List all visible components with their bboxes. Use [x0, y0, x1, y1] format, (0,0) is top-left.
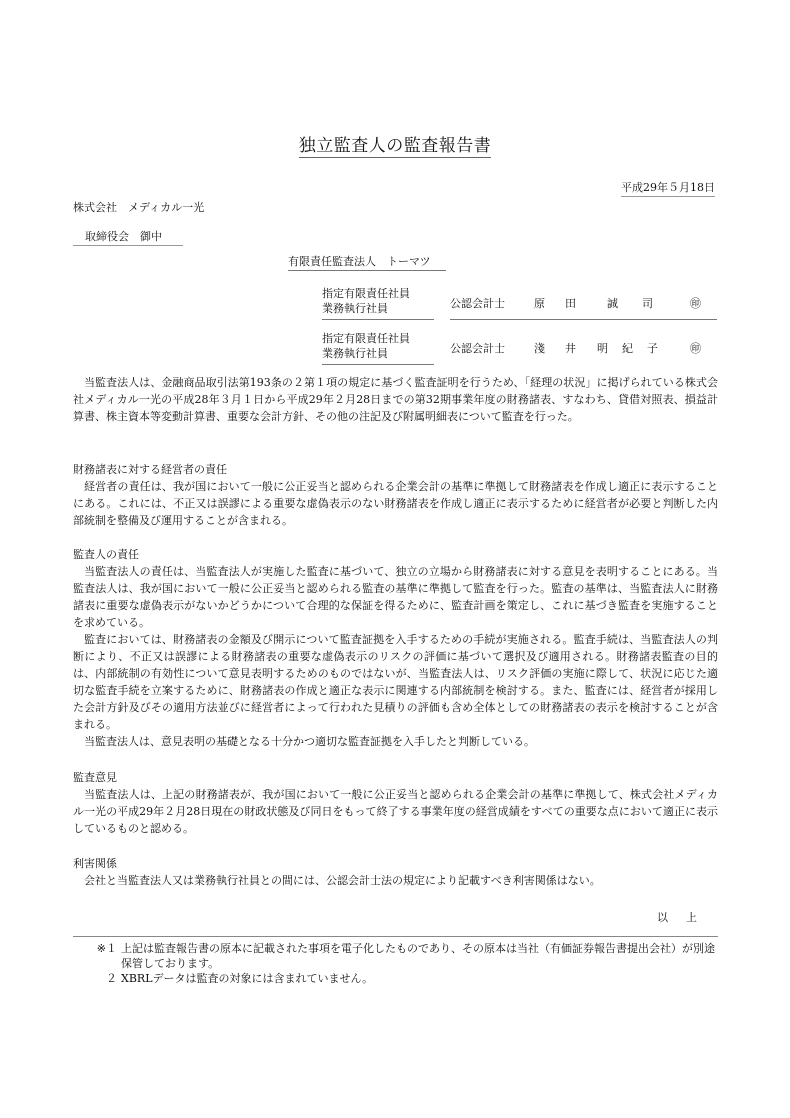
role-line-1: 指定有限責任社員	[322, 331, 434, 346]
role-line-2: 業務執行社員	[322, 346, 434, 361]
qualification: 公認会計士	[450, 295, 505, 311]
addressee-board: 取締役会 御中	[73, 228, 183, 246]
section-heading-management-responsibility: 財務諸表に対する経営者の責任	[73, 461, 227, 477]
paragraph: 経営者の責任は、我が国において一般に公正妥当と認められる企業会計の基準に準拠して…	[73, 478, 718, 529]
footnote-mark: ※１	[83, 941, 117, 956]
name-char: 原	[534, 295, 545, 311]
intro-section: 当監査法人は、金融商品取引法第193条の２第１項の規定に基づく監査証明を行うため…	[73, 374, 718, 425]
intro-paragraph: 当監査法人は、金融商品取引法第193条の２第１項の規定に基づく監査証明を行うため…	[73, 374, 718, 425]
name-char: 司	[642, 295, 653, 311]
name-char: 子	[647, 340, 658, 356]
paragraph: 当監査法人の責任は、当監査法人が実施した監査に基づいて、独立の立場から財務諸表に…	[73, 563, 718, 631]
role-line-1: 指定有限責任社員	[322, 286, 434, 301]
report-date: 平成29年５月18日	[621, 179, 715, 197]
name-char: 淺	[534, 340, 545, 356]
section-conflict-of-interest: 会社と当監査法人又は業務執行社員との間には、公認会計士法の規定により記載すべき利…	[73, 872, 718, 889]
name-char: 田	[565, 295, 576, 311]
name-char: 紀	[622, 340, 633, 356]
footnote-mark: ２	[83, 971, 117, 986]
seal-icon: ㊞	[690, 295, 701, 311]
section-heading-conflict-of-interest: 利害関係	[73, 855, 117, 871]
footnote-text: XBRLデータは監査の対象には含まれていません。	[121, 972, 373, 985]
report-title-text: 独立監査人の監査報告書	[299, 136, 492, 158]
footnotes: ※１ 上記は監査報告書の原本に記載された事項を電子化したものであり、その原本は当…	[83, 941, 723, 986]
paragraph: 監査においては、財務諸表の金額及び開示について監査証拠を入手するための手続が実施…	[73, 631, 718, 733]
paragraph: 会社と当監査法人又は業務執行社員との間には、公認会計士法の規定により記載すべき利…	[73, 872, 718, 889]
addressee-company: 株式会社 メディカル一光	[73, 199, 204, 215]
signatory-block: 指定有限責任社員 業務執行社員 公認会計士 淺 井 明 紀 子 ㊞	[322, 331, 717, 371]
footer-divider	[73, 936, 718, 937]
audit-firm-name: 有限責任監査法人 トーマツ	[288, 253, 446, 271]
name-char: 明	[597, 340, 608, 356]
footnote: ※１ 上記は監査報告書の原本に記載された事項を電子化したものであり、その原本は当…	[83, 941, 723, 971]
section-management-responsibility: 経営者の責任は、我が国において一般に公正妥当と認められる企業会計の基準に準拠して…	[73, 478, 718, 529]
paragraph: 当監査法人は、上記の財務諸表が、我が国において一般に公正妥当と認められる企業会計…	[73, 786, 718, 837]
qualification: 公認会計士	[450, 340, 505, 356]
footnote: ２ XBRLデータは監査の対象には含まれていません。	[83, 971, 723, 986]
section-audit-opinion: 当監査法人は、上記の財務諸表が、我が国において一般に公正妥当と認められる企業会計…	[73, 786, 718, 837]
signatory-block: 指定有限責任社員 業務執行社員 公認会計士 原 田 誠 司 ㊞	[322, 286, 717, 326]
section-heading-audit-opinion: 監査意見	[73, 769, 117, 785]
footnote-text: 上記は監査報告書の原本に記載された事項を電子化したものであり、その原本は当社（有…	[121, 942, 715, 970]
closing-mark: 以上	[657, 909, 715, 925]
signatory-role: 指定有限責任社員 業務執行社員	[322, 286, 434, 320]
role-line-2: 業務執行社員	[322, 301, 434, 316]
section-auditor-responsibility: 当監査法人の責任は、当監査法人が実施した監査に基づいて、独立の立場から財務諸表に…	[73, 563, 718, 750]
report-title: 独立監査人の監査報告書	[0, 131, 790, 156]
section-heading-auditor-responsibility: 監査人の責任	[73, 546, 139, 562]
signatory-role: 指定有限責任社員 業務執行社員	[322, 331, 434, 365]
name-char: 井	[565, 340, 576, 356]
paragraph: 当監査法人は、意見表明の基礎となる十分かつ適切な監査証拠を入手したと判断している…	[73, 733, 718, 750]
name-char: 誠	[607, 295, 618, 311]
seal-icon: ㊞	[690, 340, 701, 356]
